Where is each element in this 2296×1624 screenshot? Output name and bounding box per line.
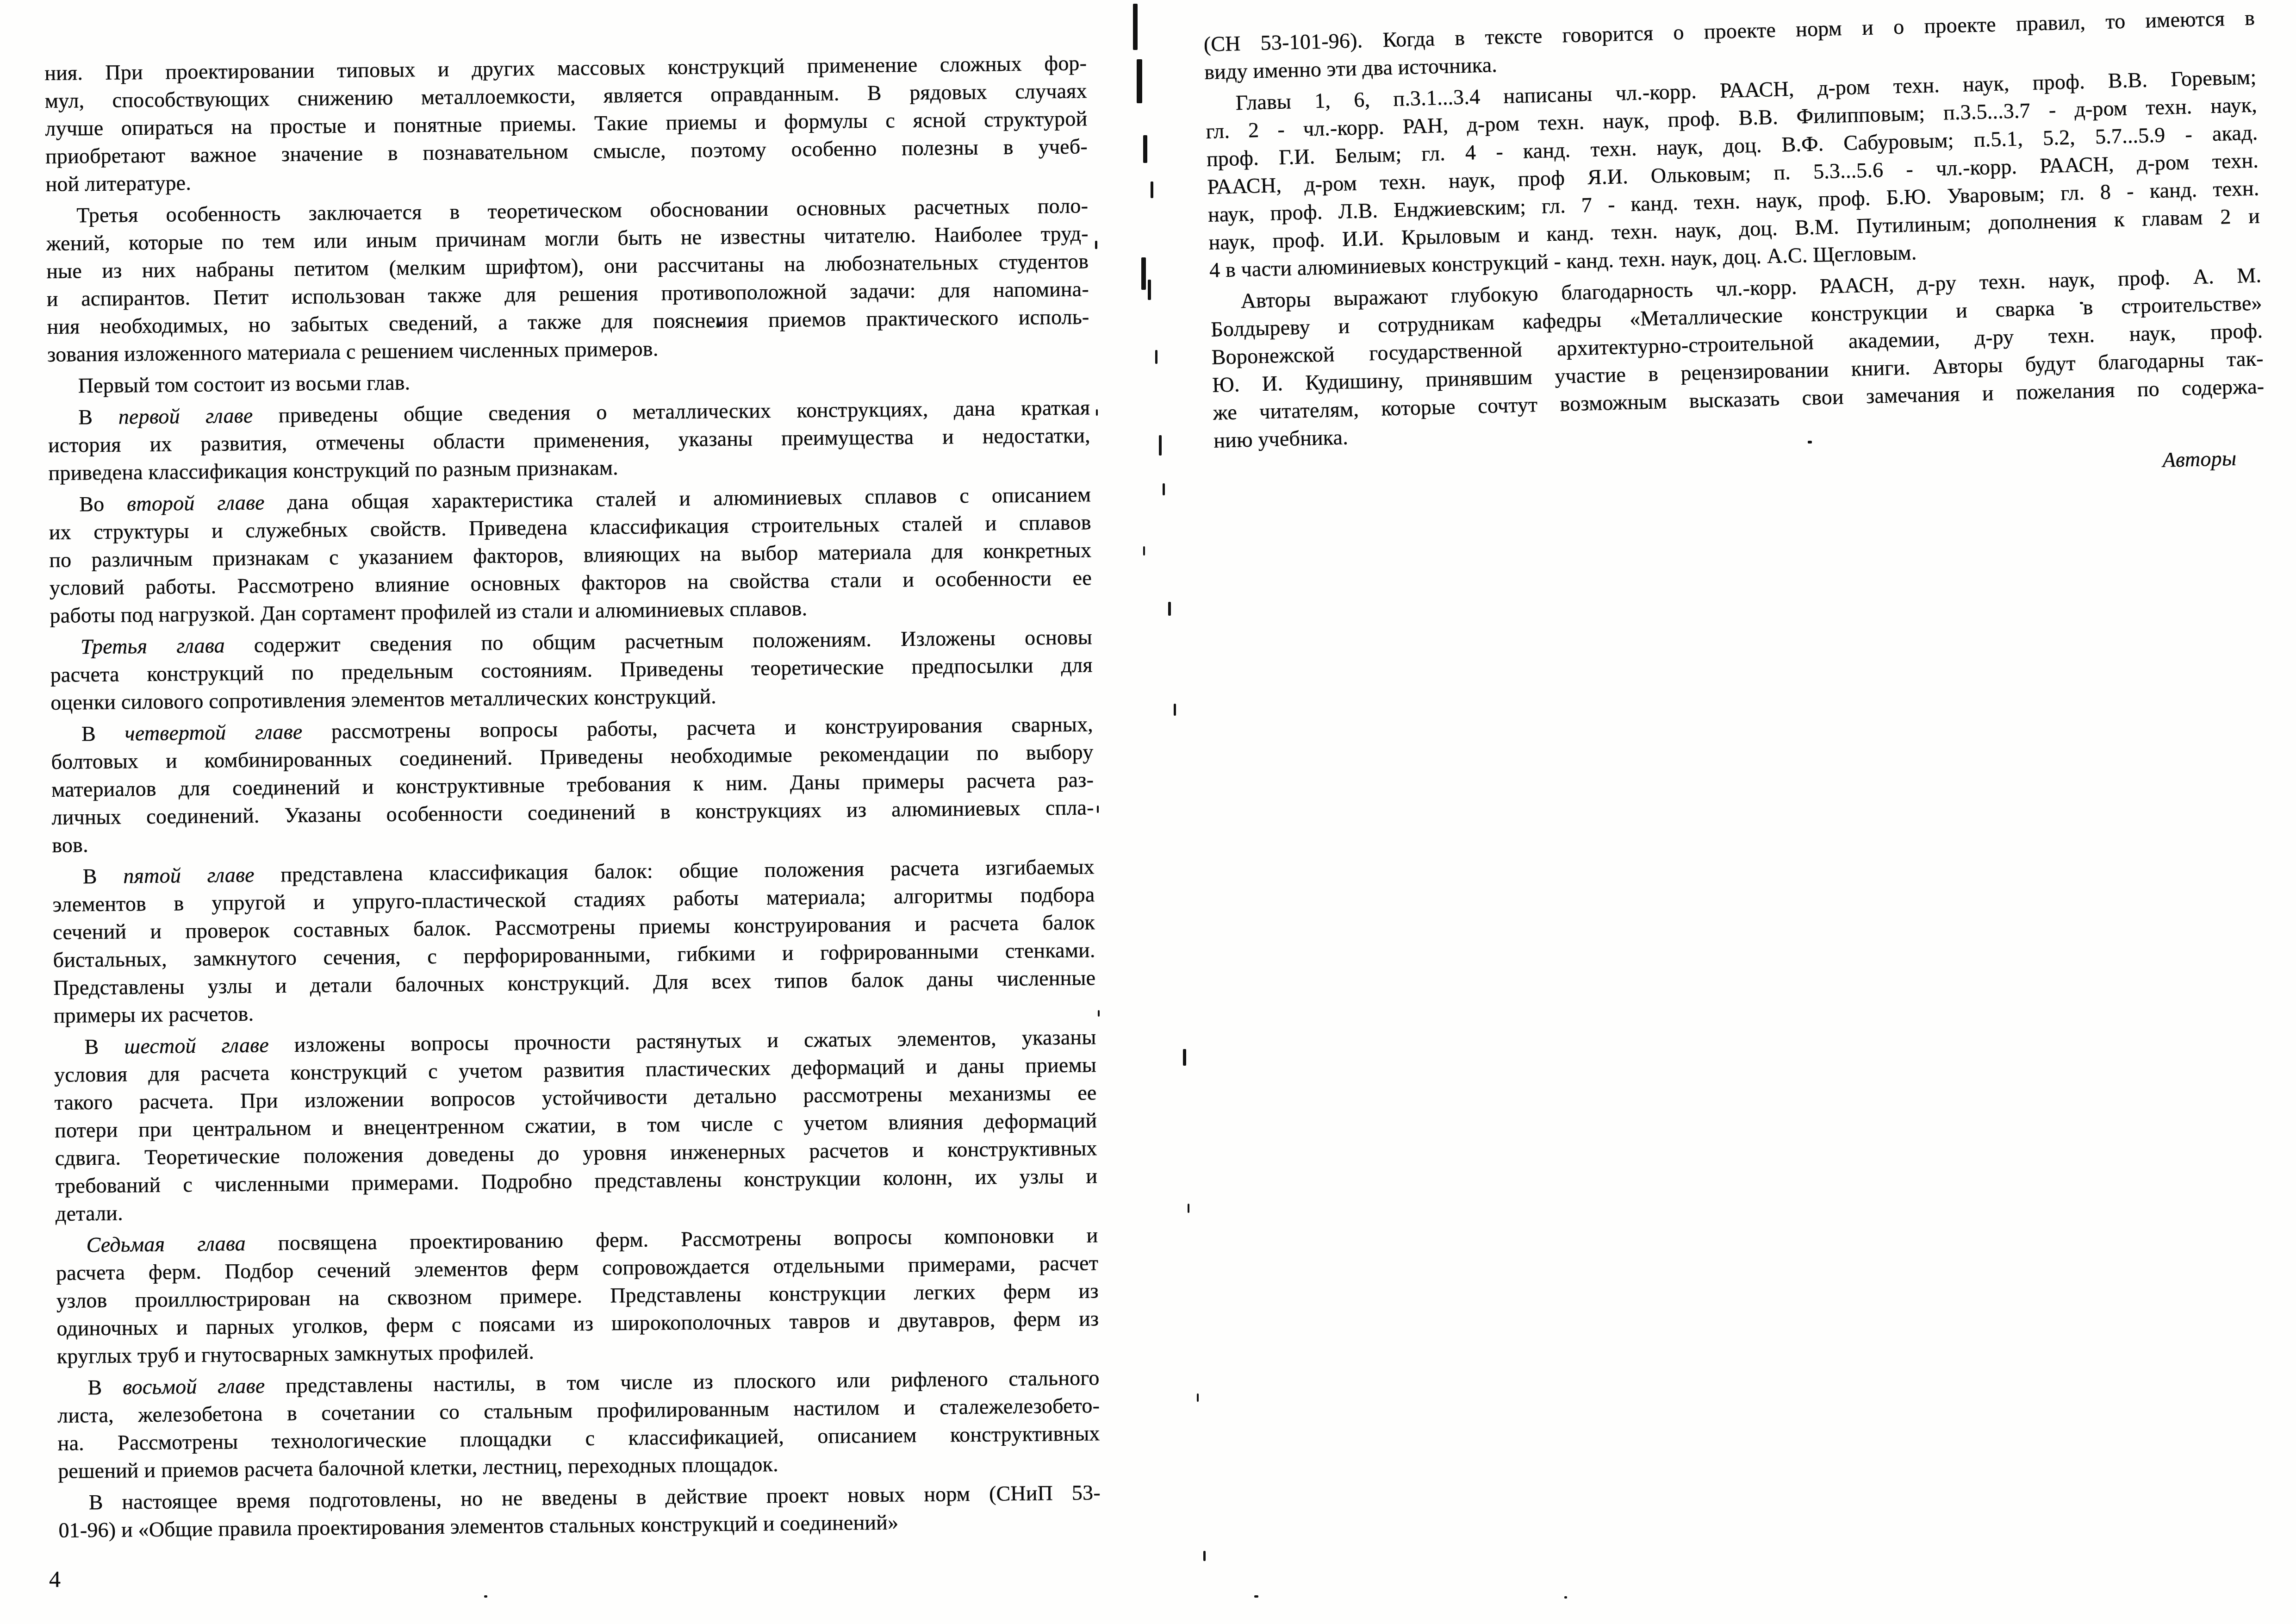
paragraph: В настоящее время подготовлены, но не вв… xyxy=(58,1479,1101,1544)
book-spread: ния. При проектировании типовых и других… xyxy=(0,0,2296,1624)
scan-artifact xyxy=(1141,257,1146,290)
page-number: 4 xyxy=(49,1566,61,1593)
scan-artifact xyxy=(1096,409,1098,416)
italic-text: шестой главе xyxy=(124,1033,269,1058)
italic-text: первой главе xyxy=(118,404,253,429)
left-page-text: ния. При проектировании типовых и других… xyxy=(44,49,1101,1544)
paragraph: ния. При проектировании типовых и других… xyxy=(44,49,1088,198)
right-page-text: (СН 53-101-96). Когда в тексте говорится… xyxy=(1203,4,2265,455)
scan-artifact xyxy=(1163,483,1165,495)
scan-artifact xyxy=(1133,4,1138,50)
scan-artifact xyxy=(1148,280,1151,300)
scan-artifact xyxy=(1143,135,1147,163)
scan-artifact xyxy=(1168,602,1171,616)
paragraph: Седьмая глава посвящена проектированию ф… xyxy=(56,1221,1099,1370)
scan-artifact xyxy=(1174,704,1176,716)
paragraph: В четвертой главе рассмотрены вопросы ра… xyxy=(51,710,1095,859)
paragraph: Третья особенность заключается в теорети… xyxy=(46,192,1089,369)
paragraph: Первый том состоит из восьми глав. xyxy=(47,362,1089,400)
authors-signature: Авторы xyxy=(1214,443,2266,498)
scan-artifact xyxy=(1137,59,1142,103)
scan-artifact xyxy=(1143,546,1145,556)
italic-text: восьмой главе xyxy=(123,1374,265,1399)
scan-artifact xyxy=(1095,241,1097,249)
scan-artifact xyxy=(1254,1595,1258,1598)
italic-text: Седьмая глава xyxy=(86,1231,246,1256)
paragraph: В восьмой главе представлены настилы, в … xyxy=(57,1364,1100,1485)
paragraph: В пятой главе представлена классификация… xyxy=(52,853,1096,1030)
paragraph: Главы 1, 6, п.3.1...3.4 написаны чл.-кор… xyxy=(1205,63,2261,284)
paragraph: Авторы выражают глубокую благодарность ч… xyxy=(1210,261,2265,454)
paragraph: Третья глава содержит сведения по общим … xyxy=(50,623,1093,717)
scan-artifact xyxy=(1098,1010,1100,1017)
scan-artifact xyxy=(1203,1551,1206,1561)
scan-artifact xyxy=(1197,1393,1199,1402)
italic-text: четвертой главе xyxy=(124,720,302,745)
italic-text: пятой главе xyxy=(123,863,255,888)
paragraph: Во второй главе дана общая характеристик… xyxy=(49,481,1092,630)
scan-artifact xyxy=(1183,1049,1186,1066)
scan-artifact xyxy=(1097,806,1099,813)
scan-artifact xyxy=(484,1595,487,1598)
scan-artifact xyxy=(1808,441,1812,443)
scan-artifact xyxy=(1155,350,1157,364)
text-line: Первый том состоит из восьми глав. xyxy=(47,362,1089,400)
scan-artifact xyxy=(1564,1596,1567,1599)
italic-text: второй главе xyxy=(127,490,265,515)
scan-artifact xyxy=(1159,435,1162,456)
scan-artifact xyxy=(716,323,722,326)
paragraph: В шестой главе изложены вопросы прочност… xyxy=(54,1023,1098,1228)
scan-artifact xyxy=(1151,181,1153,198)
scan-artifact xyxy=(1188,1204,1189,1213)
italic-text: Третья глава xyxy=(81,633,225,658)
paragraph: В первой главе приведены общие сведения … xyxy=(48,394,1091,487)
right-page: (СН 53-101-96). Когда в тексте говорится… xyxy=(1203,4,2266,498)
scan-artifact xyxy=(2080,302,2083,304)
